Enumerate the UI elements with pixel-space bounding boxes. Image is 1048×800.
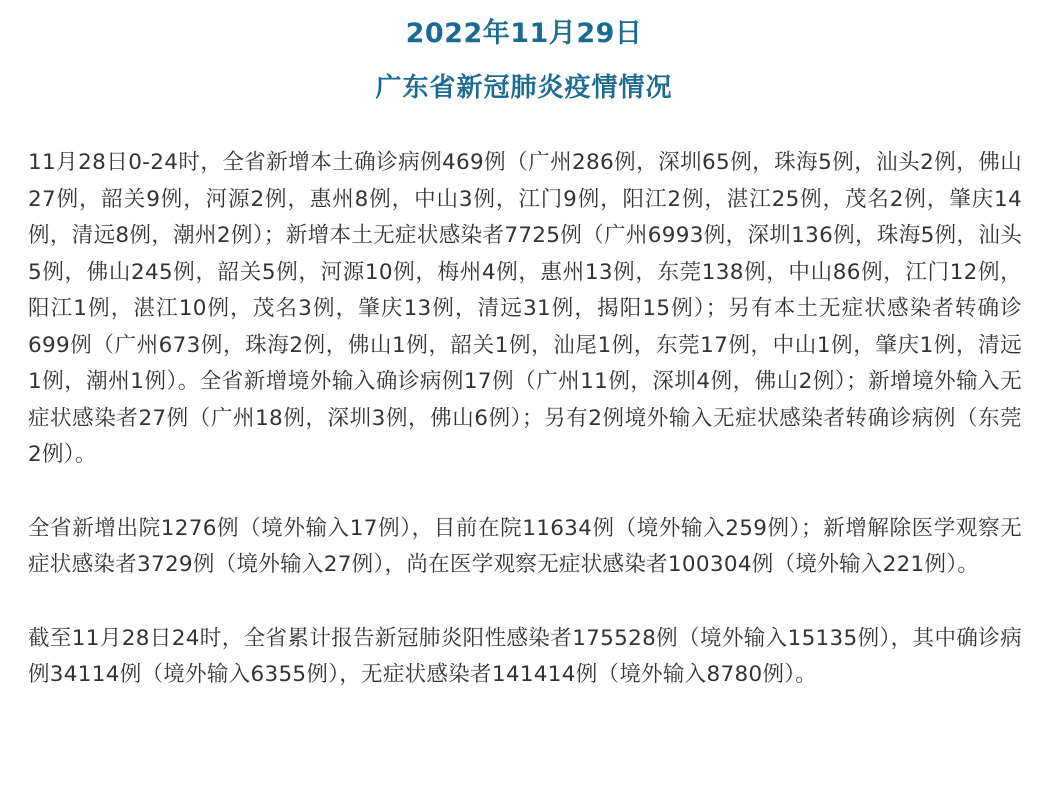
report-date: 2022年11月29日 [0, 14, 1048, 54]
paragraph-new-cases: 11月28日0-24时，全省新增本土确诊病例469例（广州286例，深圳65例，… [28, 145, 1022, 474]
title-block: 2022年11月29日 广东省新冠肺炎疫情情况 [0, 0, 1048, 108]
paragraph-discharges: 全省新增出院1276例（境外输入17例），目前在院11634例（境外输入259例… [28, 511, 1022, 584]
report-body: 11月28日0-24时，全省新增本土确诊病例469例（广州286例，深圳65例，… [28, 145, 1022, 731]
document-page: 2022年11月29日 广东省新冠肺炎疫情情况 11月28日0-24时，全省新增… [0, 0, 1048, 800]
report-title: 广东省新冠肺炎疫情情况 [0, 68, 1048, 108]
paragraph-cumulative: 截至11月28日24时，全省累计报告新冠肺炎阳性感染者175528例（境外输入1… [28, 621, 1022, 694]
